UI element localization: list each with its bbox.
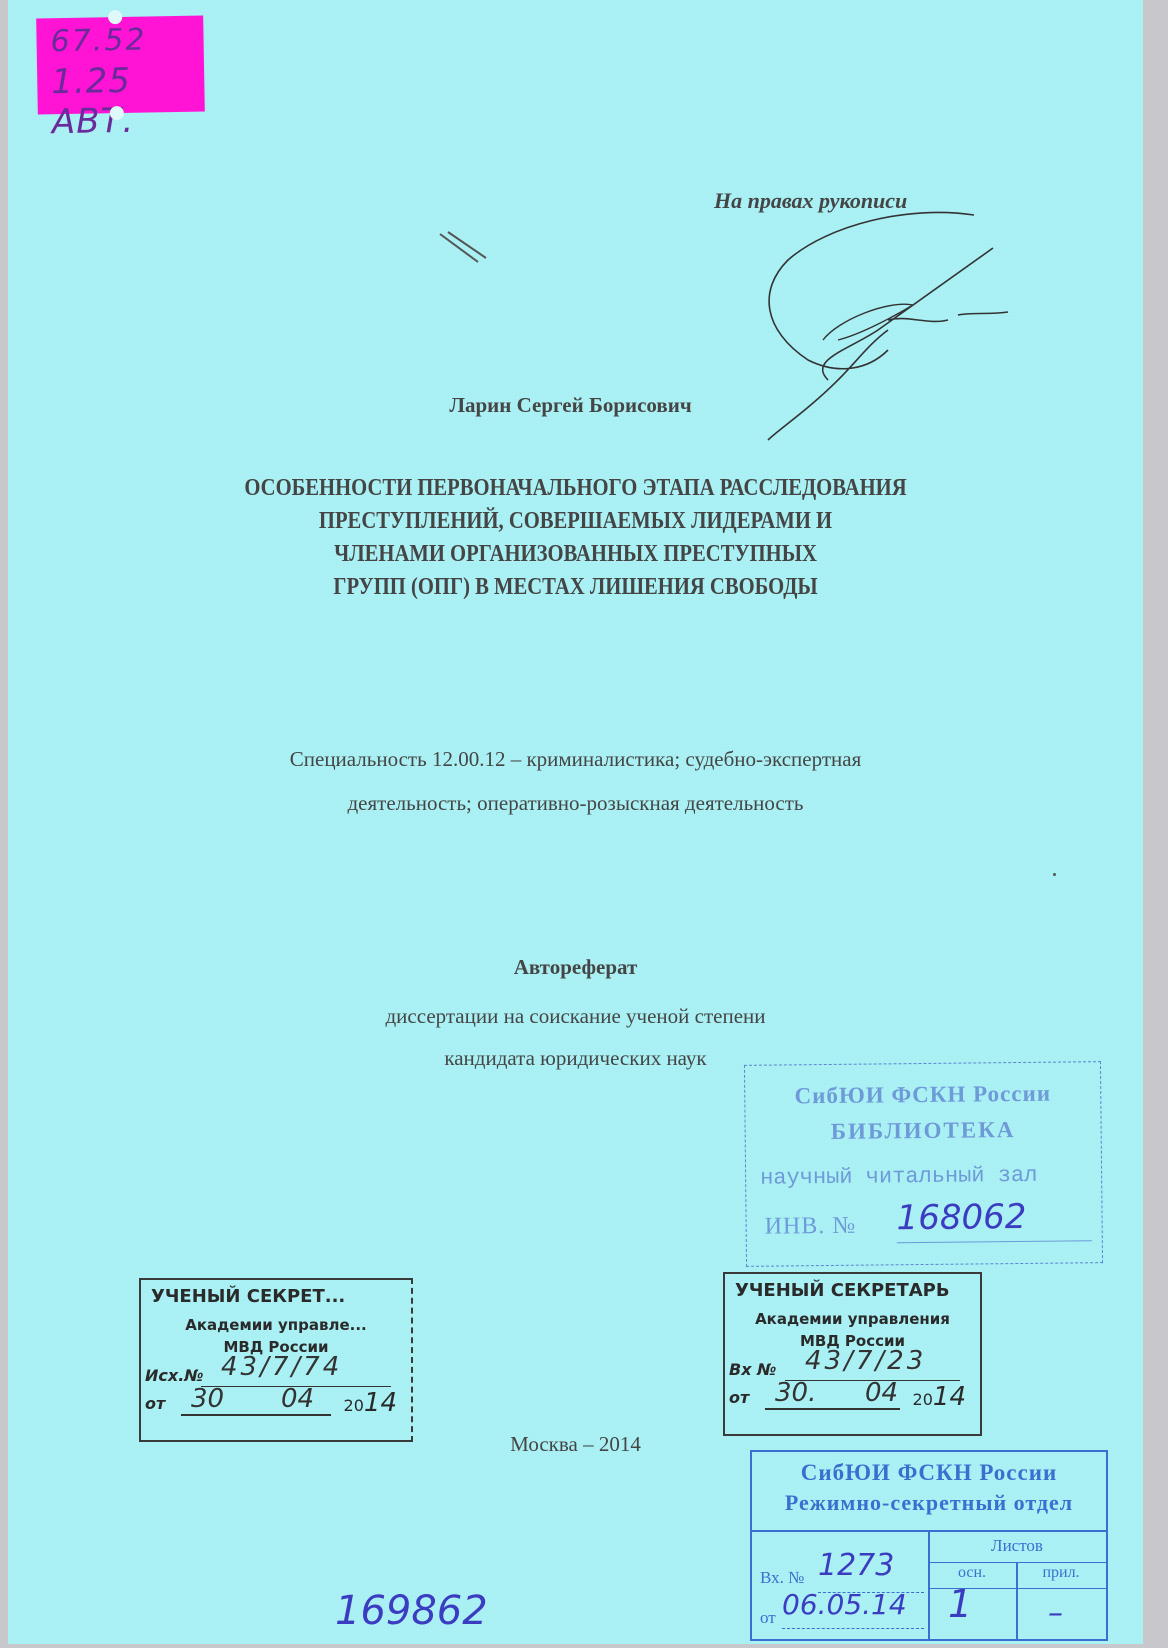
library-stamp-title: БИБЛИОТЕКА	[746, 1116, 1101, 1146]
title-line: ГРУПП (ОПГ) В МЕСТАХ ЛИШЕНИЯ СВОБОДЫ	[87, 571, 1063, 604]
stamp-date-year: 2014	[913, 1382, 966, 1412]
year-suffix: 14	[364, 1388, 397, 1418]
stray-mark	[1053, 873, 1056, 876]
stamp-date-day: 30.	[775, 1378, 816, 1408]
library-stamp-inv-label: ИНВ. №	[765, 1213, 857, 1241]
stamp-date-underline	[765, 1408, 900, 1410]
stamp-number-value: 43/7/74	[221, 1352, 342, 1382]
title-line: ПРЕСТУПЛЕНИЙ, СОВЕРШАЕМЫХ ЛИДЕРАМИ И	[87, 505, 1063, 538]
registry-stamp-sheets-label: Листов	[928, 1536, 1106, 1556]
stamp-date-year: 2014	[344, 1388, 397, 1418]
stamp-number-label: Вх №	[729, 1360, 776, 1379]
stamp-number-value: 43/7/23	[805, 1346, 926, 1376]
stamp-date-label: от	[145, 1394, 165, 1413]
stamp-date-underline	[181, 1414, 331, 1416]
year-prefix: 20	[344, 1396, 364, 1415]
title-line: ОСОБЕННОСТИ ПЕРВОНАЧАЛЬНОГО ЭТАПА РАССЛЕ…	[87, 472, 1063, 505]
library-stamp-inv-value: 168062	[896, 1197, 1026, 1238]
stamp-date-month: 04	[865, 1378, 898, 1408]
title-line: ЧЛЕНАМИ ОРГАНИЗОВАННЫХ ПРЕСТУПНЫХ	[87, 538, 1063, 571]
handwritten-inventory-number: 169862	[335, 1588, 488, 1634]
library-stamp-inv-underline	[897, 1240, 1092, 1243]
stamp-date-month: 04	[281, 1384, 314, 1414]
stamp-academy: Академии управле...	[141, 1316, 411, 1334]
stamp-heading: УЧЕНЫЙ СЕКРЕТ...	[151, 1286, 345, 1307]
stamp-heading: УЧЕНЫЙ СЕКРЕТАРЬ	[735, 1280, 950, 1301]
registry-stamp-incoming-label: Вх. №	[760, 1568, 804, 1588]
year-prefix: 20	[913, 1390, 933, 1409]
registry-stamp-date-value: 06.05.14	[782, 1588, 907, 1621]
stamp-number-label: Исх.№	[145, 1366, 204, 1385]
secretary-stamp-incoming: УЧЕНЫЙ СЕКРЕТАРЬ Академии управления МВД…	[723, 1272, 982, 1436]
stamp-date-day: 30	[191, 1384, 224, 1414]
document-cover-page: 67.52 1.25 АВТ. На правах рукописи Ларин…	[8, 0, 1143, 1644]
library-stamp-institution: СибЮИ ФСКН России	[745, 1080, 1100, 1110]
registry-stamp-main-label: осн.	[928, 1564, 1016, 1582]
registry-stamp-main-value: 1	[948, 1582, 972, 1626]
specialty: Специальность 12.00.12 – криминалистика;…	[8, 737, 1143, 825]
registry-stamp-incoming-value: 1273	[818, 1548, 894, 1583]
year-suffix: 14	[933, 1382, 966, 1412]
stamp-academy: Академии управления	[725, 1310, 980, 1328]
registry-stamp-institution: СибЮИ ФСКН России	[752, 1460, 1106, 1486]
abstract-heading: Автореферат	[8, 955, 1143, 980]
registry-stamp-department: Режимно-секретный отдел	[752, 1490, 1106, 1516]
registry-stamp-appendix-label: прил.	[1016, 1564, 1106, 1582]
registry-stamp-date-underline	[782, 1628, 924, 1629]
library-stamp-hall: научный читальный зал	[760, 1162, 1101, 1191]
registry-stamp-appendix-value: –	[1048, 1596, 1063, 1631]
registry-stamp: СибЮИ ФСКН России Режимно-секретный отде…	[750, 1450, 1108, 1641]
abstract-line: диссертации на соискание ученой степени	[8, 995, 1143, 1037]
secretary-stamp-outgoing: УЧЕНЫЙ СЕКРЕТ... Академии управле... МВД…	[139, 1278, 413, 1442]
specialty-line: деятельность; оперативно-розыскная деяте…	[8, 781, 1143, 825]
author-name: Ларин Сергей Борисович	[8, 393, 1143, 418]
registry-stamp-date-label: от	[760, 1608, 776, 1628]
library-stamp: СибЮИ ФСКН России БИБЛИОТЕКА научный чит…	[744, 1061, 1103, 1267]
stamp-date-label: от	[729, 1388, 749, 1407]
specialty-line: Специальность 12.00.12 – криминалистика;…	[8, 737, 1143, 781]
dissertation-title: ОСОБЕННОСТИ ПЕРВОНАЧАЛЬНОГО ЭТАПА РАССЛЕ…	[87, 472, 1063, 604]
signature-icon	[8, 0, 1143, 460]
